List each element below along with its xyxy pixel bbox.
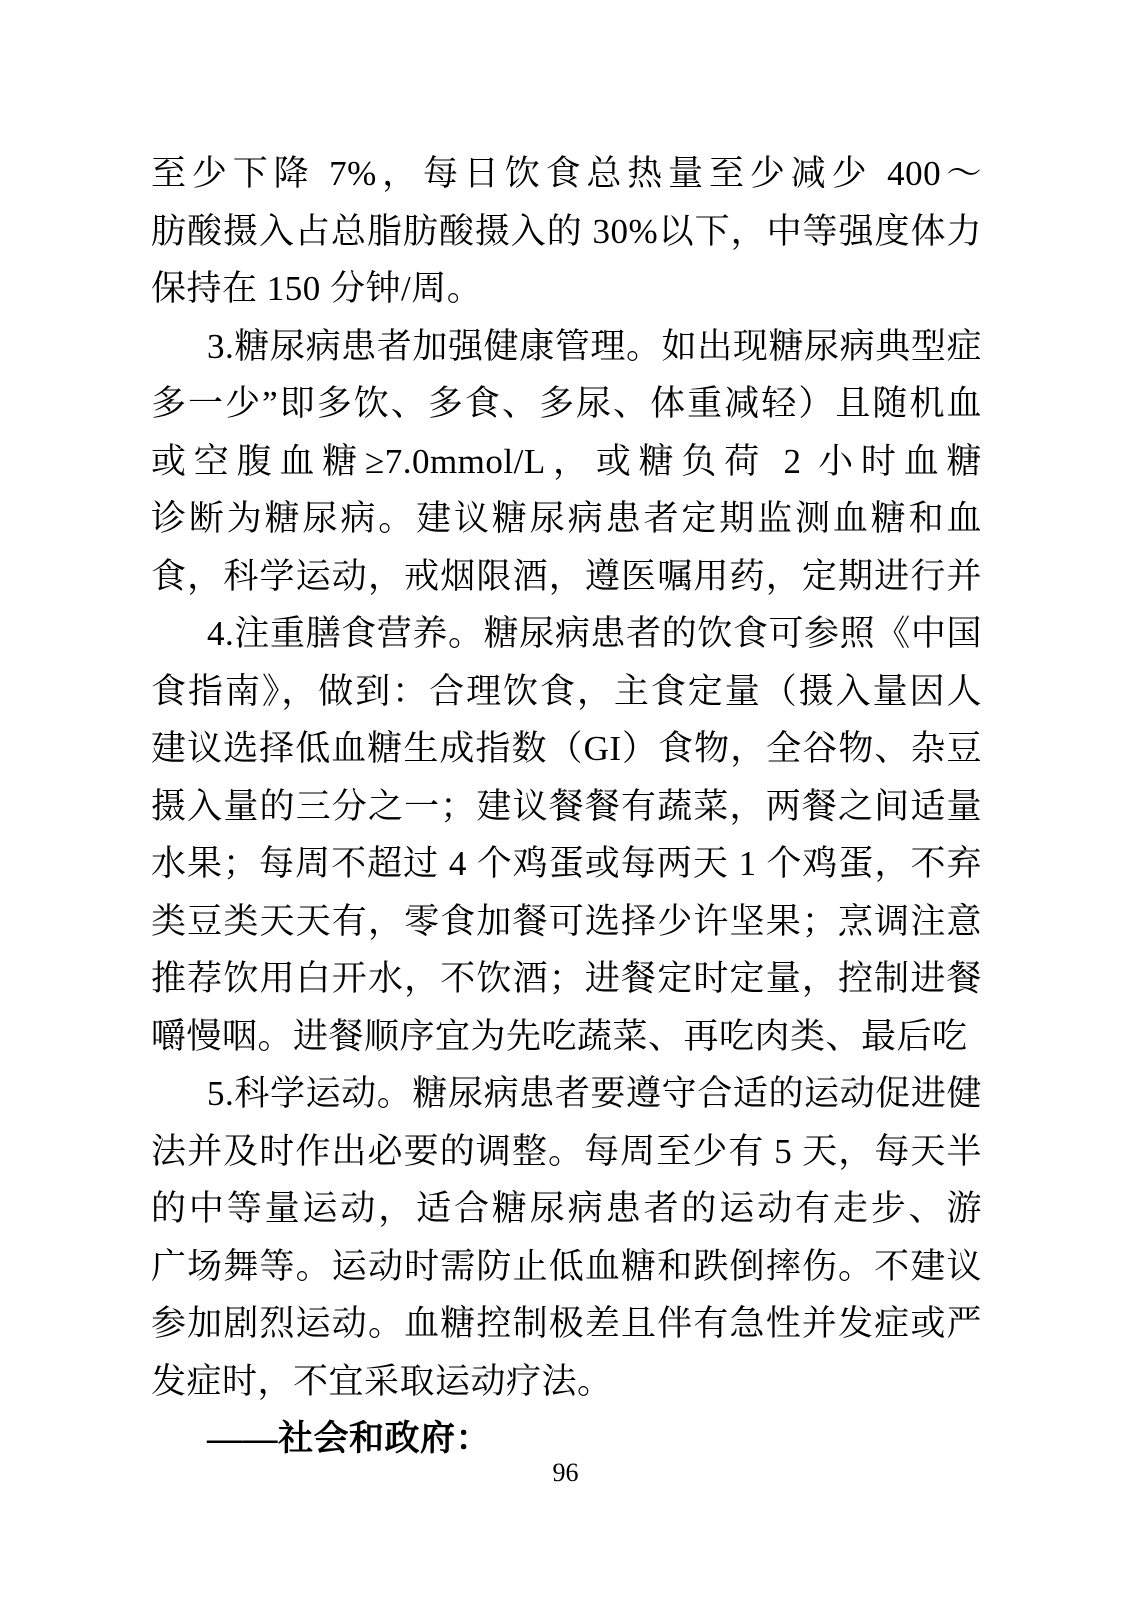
text-line: 肪酸摄入占总脂肪酸摄入的 30%以下，中等强度体力活动至少 (151, 203, 982, 261)
document-page: 至少下降 7%，每日饮食总热量至少减少 400～500kcal，饱和脂肪酸摄入占… (0, 0, 1131, 1600)
text-line: 推荐饮用白开水，不饮酒；进餐定时定量，控制进餐速度，细 (151, 950, 982, 1008)
text-line: 建议选择低血糖生成指数（GI）食物，全谷物、杂豆类占主食 (151, 720, 982, 778)
page-number: 96 (0, 1458, 1131, 1488)
text-line: 摄入量的三分之一；建议餐餐有蔬菜，两餐之间适量选择低 GI (151, 778, 982, 836)
text-line: 水果；每周不超过 4 个鸡蛋或每两天 1 个鸡蛋，不弃蛋黄；奶 (151, 835, 982, 893)
text-line: 的中等量运动，适合糖尿病患者的运动有走步、游泳、太极拳、 (151, 1180, 982, 1238)
text-line: 法并及时作出必要的调整。每周至少有 5 天，每天半小时以上 (151, 1123, 982, 1181)
text-line: 5.科学运动。糖尿病患者要遵守合适的运动促进健康指导方 (151, 1065, 982, 1123)
text-line: 嚼慢咽。进餐顺序宜为先吃蔬菜、再吃肉类、最后吃主食。 (151, 1008, 982, 1066)
text-line: 参加剧烈运动。血糖控制极差且伴有急性并发症或严重慢性并 (151, 1295, 982, 1353)
text-line: 食，科学运动，戒烟限酒，遵医嘱用药，定期进行并发症检查。 (151, 548, 982, 606)
text-line: 4.注重膳食营养。糖尿病患者的饮食可参照《中国糖尿病膳 (151, 605, 982, 663)
text-line: 多一少”即多饮、多食、多尿、体重减轻）且随机血糖≥11.1mmol/L， (151, 375, 982, 433)
text-line: 发症时，不宜采取运动疗法。 (151, 1353, 982, 1411)
text-line: 食指南》，做到：合理饮食，主食定量（摄入量因人而异）， (151, 663, 982, 721)
text-line: 保持在 150 分钟/周。 (151, 260, 982, 318)
text-line: 类豆类天天有，零食加餐可选择少许坚果；烹调注意少油少盐； (151, 893, 982, 951)
text-line: 诊断为糖尿病。建议糖尿病患者定期监测血糖和血脂，控制饮 (151, 490, 982, 548)
text-line: 广场舞等。运动时需防止低血糖和跌倒摔伤。不建议老年患者 (151, 1238, 982, 1296)
text-line: 3.糖尿病患者加强健康管理。如出现糖尿病典型症状（“三 (151, 318, 982, 376)
text-line: 至少下降 7%，每日饮食总热量至少减少 400～500kcal，饱和脂 (151, 145, 982, 203)
text-line: 或空腹血糖≥7.0mmol/L，或糖负荷 2 小时血糖≥11.1mmol/L，可 (151, 433, 982, 491)
document-body: 至少下降 7%，每日饮食总热量至少减少 400～500kcal，饱和脂肪酸摄入占… (151, 145, 982, 1468)
